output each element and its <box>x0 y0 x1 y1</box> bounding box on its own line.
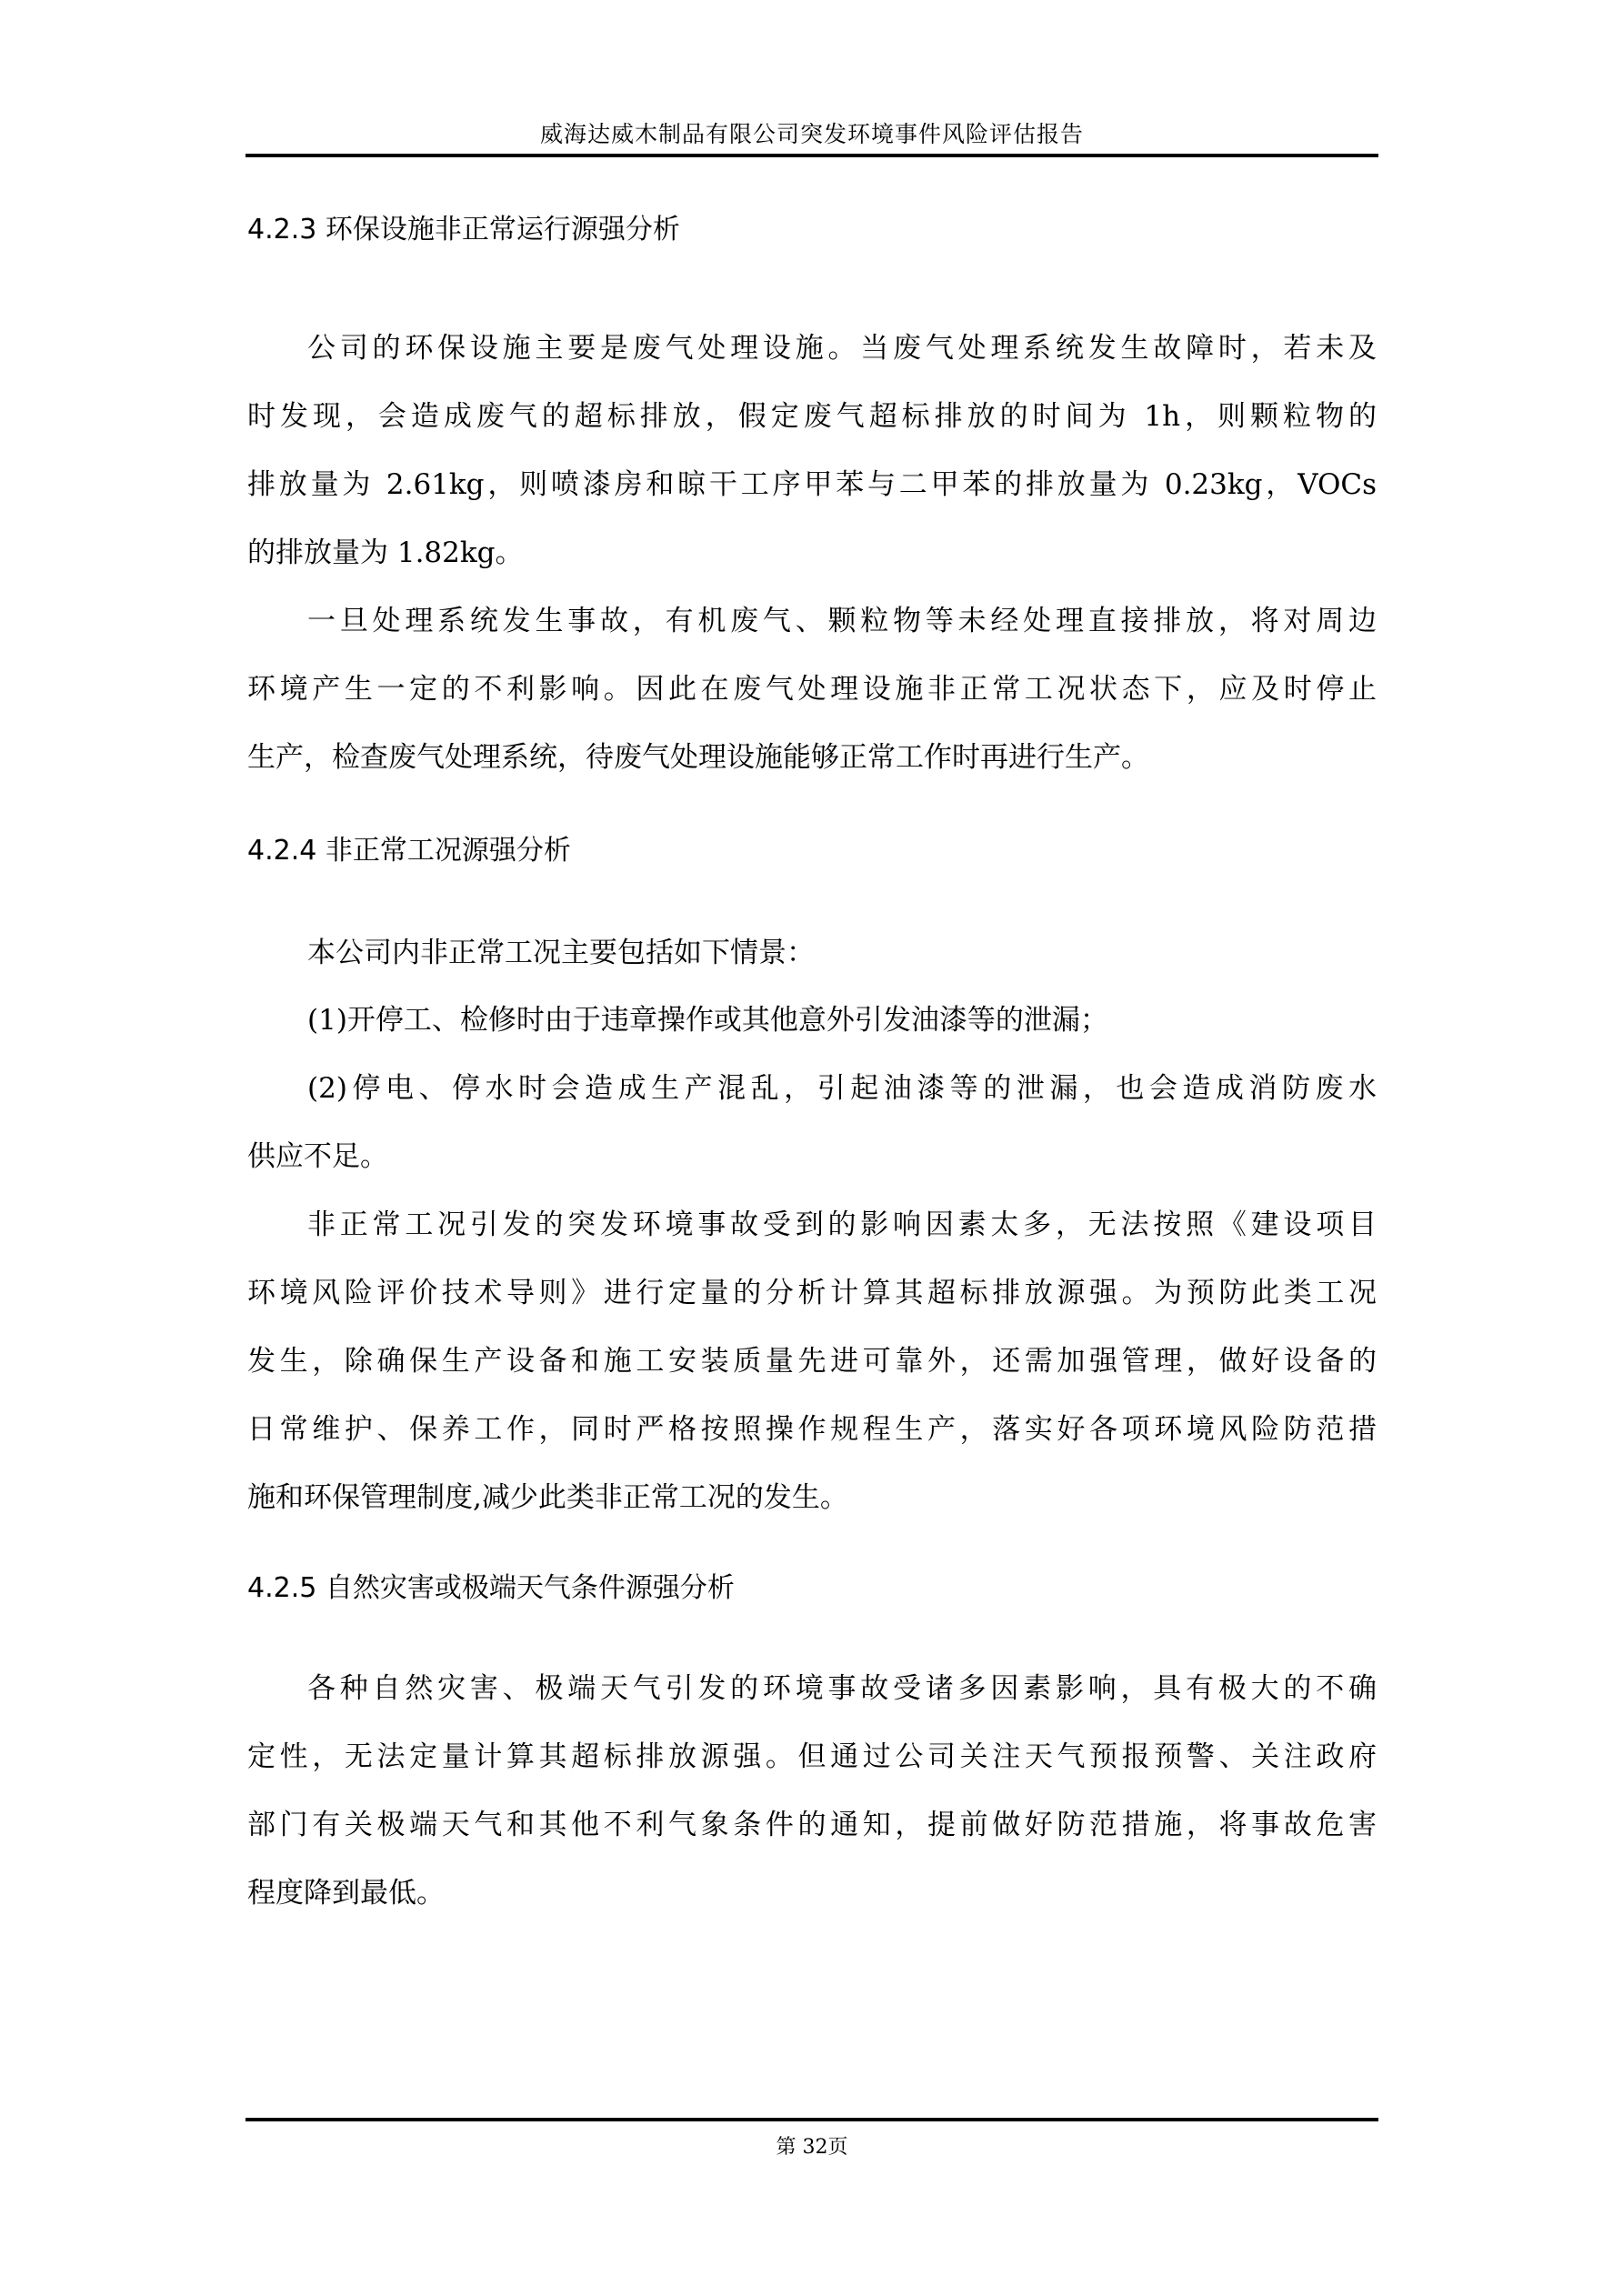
paragraph-line: 施和环保管理制度,减少此类非正常工况的发生。 <box>247 1478 1377 1518</box>
paragraph-line: 程度降到最低。 <box>247 1873 1377 1913</box>
paragraph-line: 定性，无法定量计算其超标排放源强。但通过公司关注天气预报预警、关注政府 <box>247 1737 1377 1777</box>
page-number: 第 32页 <box>245 2132 1378 2163</box>
paragraph-line: 非正常工况引发的突发环境事故受到的影响因素太多，无法按照《建设项目 <box>307 1205 1377 1245</box>
paragraph-line: 本公司内非正常工况主要包括如下情景： <box>307 933 1377 973</box>
paragraph-line: 部门有关极端天气和其他不利气象条件的通知，提前做好防范措施，将事故危害 <box>247 1805 1377 1845</box>
section-heading-4-2-4: 4.2.4 非正常工况源强分析 <box>247 833 571 869</box>
paragraph-line: 公司的环保设施主要是废气处理设施。当废气处理系统发生故障时，若未及 <box>307 328 1377 368</box>
paragraph-line: 的排放量为 1.82kg。 <box>247 533 1377 573</box>
section-heading-4-2-3: 4.2.3 环保设施非正常运行源强分析 <box>247 212 680 248</box>
footer-rule <box>245 2118 1378 2121</box>
paragraph-line: 发生，除确保生产设备和施工安装质量先进可靠外，还需加强管理，做好设备的 <box>247 1341 1377 1381</box>
section-heading-4-2-5: 4.2.5 自然灾害或极端天气条件源强分析 <box>247 1570 735 1607</box>
paragraph-line: 各种自然灾害、极端天气引发的环境事故受诸多因素影响，具有极大的不确 <box>307 1669 1377 1709</box>
header-rule <box>245 154 1378 157</box>
paragraph-line: 时发现，会造成废气的超标排放，假定废气超标排放的时间为 1h，则颗粒物的 <box>247 396 1377 436</box>
list-item-2-cont: 供应不足。 <box>247 1137 1377 1177</box>
list-item-2: (2)停电、停水时会造成生产混乱，引起油漆等的泄漏，也会造成消防废水 <box>307 1068 1377 1108</box>
paragraph-line: 生产，检查废气处理系统，待废气处理设施能够正常工作时再进行生产。 <box>247 737 1377 777</box>
paragraph-line: 排放量为 2.61kg，则喷漆房和晾干工序甲苯与二甲苯的排放量为 0.23kg，… <box>247 465 1377 505</box>
paragraph-line: 环境风险评价技术导则》进行定量的分析计算其超标排放源强。为预防此类工况 <box>247 1273 1377 1313</box>
list-item-1: (1)开停工、检修时由于违章操作或其他意外引发油漆等的泄漏； <box>307 1000 1377 1040</box>
paragraph-line: 一旦处理系统发生事故，有机废气、颗粒物等未经处理直接排放，将对周边 <box>307 601 1377 641</box>
paragraph-line: 环境产生一定的不利影响。因此在废气处理设施非正常工况状态下，应及时停止 <box>247 669 1377 709</box>
running-header-title: 威海达威木制品有限公司突发环境事件风险评估报告 <box>245 116 1378 153</box>
paragraph-line: 日常维护、保养工作，同时严格按照操作规程生产，落实好各项环境风险防范措 <box>247 1409 1377 1449</box>
